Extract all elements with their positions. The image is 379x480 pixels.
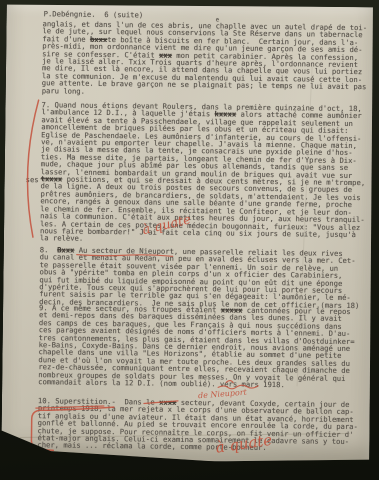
red-margin-arc-paragraph-7 [27, 100, 39, 237]
typed-body: anglais, et dans l'un de ces abris, une … [7, 3, 375, 7]
typed-overstrike: xxxx [159, 398, 176, 407]
paragraph-9: 9. A ce même secteur, nos troupes étaien… [38, 304, 355, 389]
document-page: P.Debéngnie. 6 (suite) e anglais, et dan… [1, 3, 375, 463]
typed-overstrike: xxxxx [221, 305, 243, 314]
typed-overstrike: kxxxx [214, 110, 236, 119]
margin-correction-ses: ses [26, 176, 39, 184]
page-header: P.Debéngnie. 6 (suite) [44, 10, 144, 19]
paragraph-6-suite: anglais, et dans l'un de ces abris, une … [42, 20, 367, 98]
typed-overstrike: txxxx [41, 174, 63, 183]
paragraph-8: 8. Bxxx Au secteur de Nieuport, une pass… [39, 246, 360, 309]
scan-background: { "page": { "header": "P.Debéngnie. 6 (s… [0, 0, 379, 480]
typed-overstrike: bxxx [90, 35, 107, 44]
typed-overstrike: xxx [159, 50, 172, 59]
paragraph-10: 10. Superstition.- Dans le xxxx secteur,… [37, 397, 358, 453]
paragraph-7: 7. Quand nous étions devant Roulers, dan… [40, 101, 366, 246]
typed-overstrike: Bxxx [57, 245, 74, 254]
